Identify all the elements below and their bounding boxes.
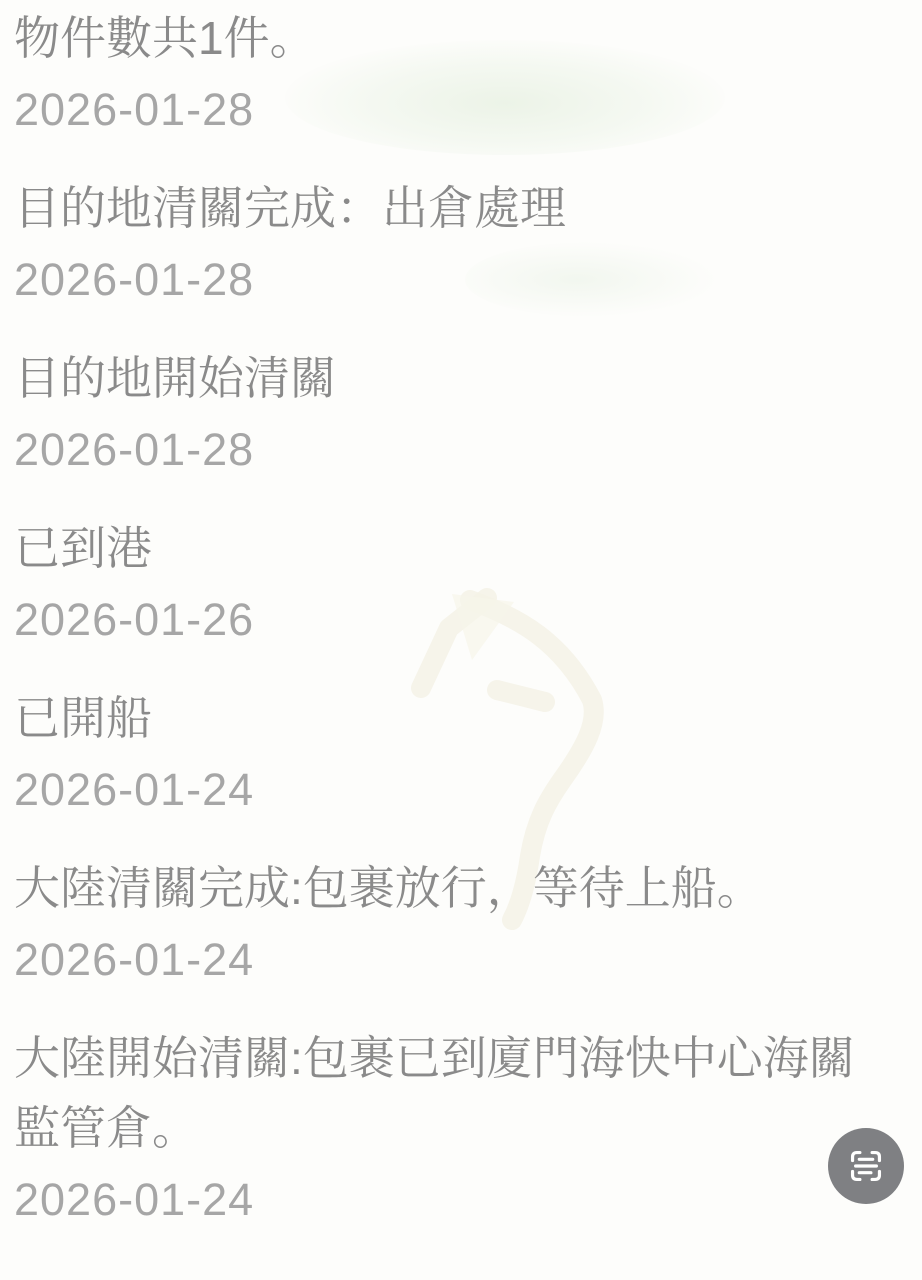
tracking-event: 物件數共1件。 2026-01-28	[14, 3, 889, 135]
scan-text-icon	[844, 1144, 888, 1188]
tracking-event-text: 大陸清關完成:包裹放行，等待上船。	[14, 853, 889, 923]
tracking-event-date: 2026-01-26	[14, 595, 889, 645]
tracking-event-text: 已到港	[14, 513, 889, 583]
tracking-event-text: 物件數共1件。	[14, 3, 889, 73]
tracking-event-date: 2026-01-28	[14, 255, 889, 305]
scan-text-button[interactable]	[828, 1128, 904, 1204]
tracking-event-date: 2026-01-24	[14, 935, 889, 985]
tracking-event-text: 目的地清關完成：出倉處理	[14, 173, 889, 243]
tracking-event: 目的地開始清關 2026-01-28	[14, 343, 889, 475]
tracking-event-date: 2026-01-28	[14, 425, 889, 475]
tracking-event-date: 2026-01-28	[14, 85, 889, 135]
tracking-event-text: 大陸開始清關:包裹已到廈門海快中心海關監管倉。	[14, 1023, 889, 1163]
tracking-event-text: 已開船	[14, 683, 889, 753]
tracking-event: 大陸清關完成:包裹放行，等待上船。 2026-01-24	[14, 853, 889, 985]
tracking-event: 大陸開始清關:包裹已到廈門海快中心海關監管倉。 2026-01-24	[14, 1023, 889, 1225]
tracking-event-date: 2026-01-24	[14, 765, 889, 815]
tracking-event-text: 目的地開始清關	[14, 343, 889, 413]
tracking-event: 已到港 2026-01-26	[14, 513, 889, 645]
tracking-timeline: 物件數共1件。 2026-01-28 目的地清關完成：出倉處理 2026-01-…	[0, 0, 922, 1225]
tracking-event-date: 2026-01-24	[14, 1175, 889, 1225]
tracking-event: 已開船 2026-01-24	[14, 683, 889, 815]
tracking-event: 目的地清關完成：出倉處理 2026-01-28	[14, 173, 889, 305]
